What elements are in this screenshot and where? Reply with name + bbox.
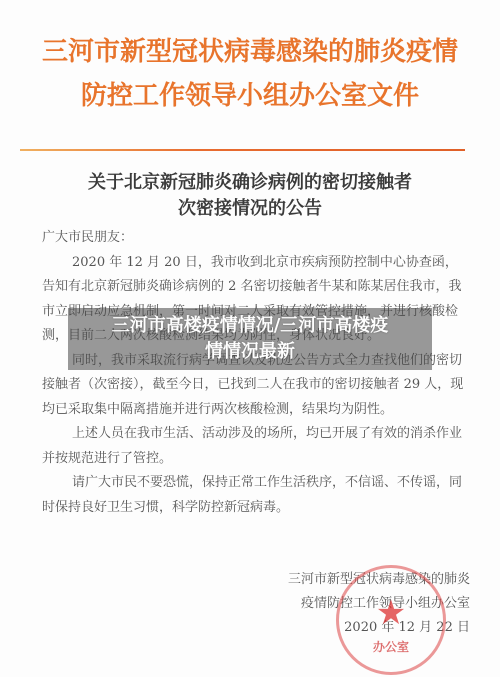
- header-divider: [20, 149, 465, 151]
- document-page: 三河市新型冠状病毒感染的肺炎疫情 防控工作领导小组办公室文件 关于北京新冠肺炎确…: [0, 0, 500, 677]
- salutation: 广大市民朋友：: [42, 226, 467, 251]
- document-title-line-2: 次密接情况的公告: [0, 196, 500, 222]
- headline-overlay: 三河市高楼疫情情况/三河市高楼疫 情情况最新: [68, 308, 432, 370]
- paragraph-4: 请广大市民不要恐慌，保持正常工作生活秩序，不信谣、不传谣，同时保持良好卫生习惯，…: [42, 471, 467, 520]
- seal-text: 办公室: [339, 638, 443, 655]
- letterhead-line-2: 防控工作领导小组办公室文件: [0, 74, 500, 118]
- overlay-line-2: 情情况最新: [68, 339, 432, 365]
- paragraph-3: 上述人员在我市生活、活动涉及的场所，均已开展了有效的消杀作业并按规范进行了管控。: [42, 422, 467, 471]
- signature-line-1: 三河市新型冠状病毒感染的肺炎: [230, 568, 470, 592]
- document-title: 关于北京新冠肺炎确诊病例的密切接触者 次密接情况的公告: [0, 170, 500, 222]
- signature-line-2: 疫情防控工作领导小组办公室: [230, 592, 470, 616]
- document-title-line-1: 关于北京新冠肺炎确诊病例的密切接触者: [0, 170, 500, 196]
- letterhead: 三河市新型冠状病毒感染的肺炎疫情 防控工作领导小组办公室文件: [0, 30, 500, 118]
- document-body: 广大市民朋友： 2020 年 12 月 20 日，我市收到北京市疾病预防控制中心…: [42, 226, 467, 520]
- overlay-line-1: 三河市高楼疫情情况/三河市高楼疫: [68, 313, 432, 339]
- signature-block: 三河市新型冠状病毒感染的肺炎 疫情防控工作领导小组办公室 2020 年 12 月…: [230, 568, 470, 640]
- signature-date: 2020 年 12 月 22 日: [230, 616, 470, 640]
- letterhead-line-1: 三河市新型冠状病毒感染的肺炎疫情: [0, 30, 500, 74]
